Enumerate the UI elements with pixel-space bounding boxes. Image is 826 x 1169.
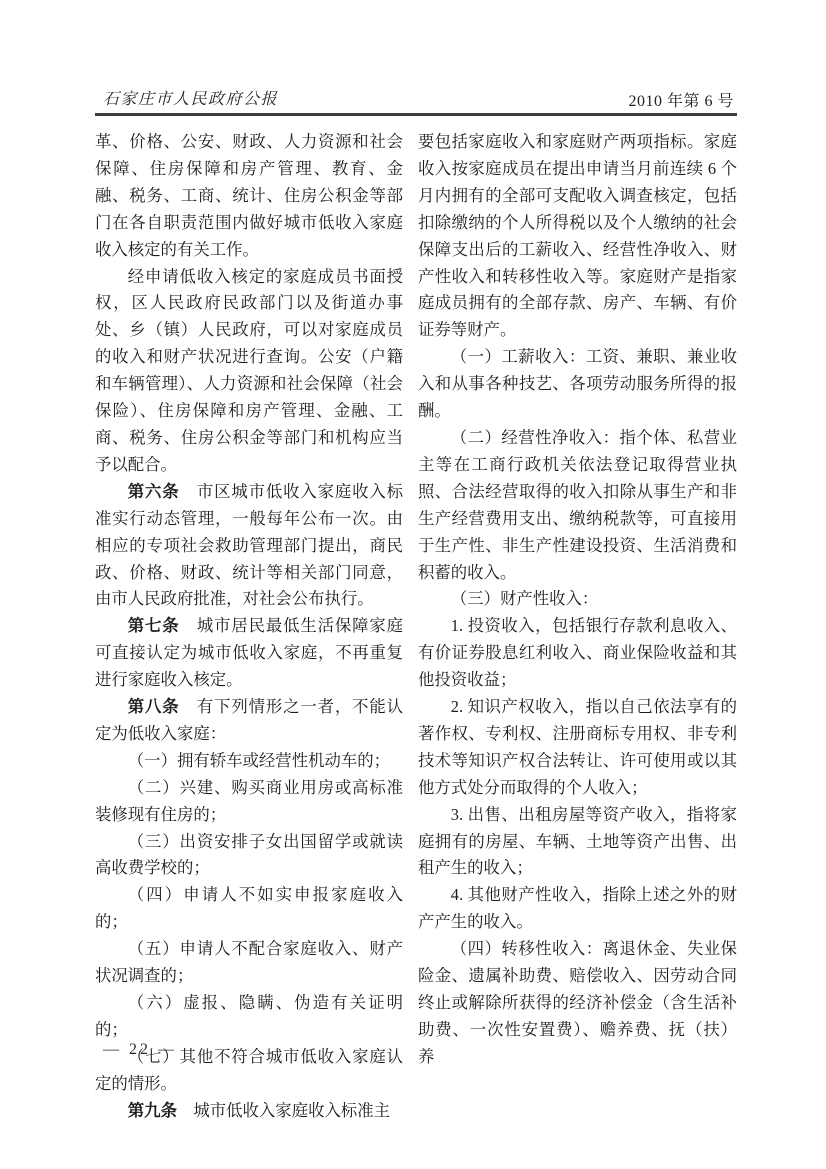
paragraph: （四）转移性收入：离退休金、失业保险金、遗属补助费、赔偿收入、因劳动合同终止或解… bbox=[418, 936, 737, 1071]
article-number: 第七条 bbox=[128, 617, 180, 635]
article-number: 第九条 bbox=[128, 1102, 177, 1120]
paragraph: 第九条 城市低收入家庭收入标准主 bbox=[95, 1098, 403, 1125]
page-number: — 22 — bbox=[103, 1041, 177, 1059]
issue-number: 2010 年第 6 号 bbox=[628, 88, 734, 111]
paragraph: （一）工薪收入：工资、兼职、兼业收入和从事各种技艺、各项劳动服务所得的报酬。 bbox=[418, 344, 737, 425]
paragraph: （四）申请人不如实申报家庭收入的； bbox=[95, 882, 403, 936]
header-divider bbox=[95, 113, 737, 116]
paragraph: 革、价格、公安、财政、人力资源和社会保障、住房保障和房产管理、教育、金融、税务、… bbox=[95, 129, 403, 264]
paragraph: 3. 出售、出租房屋等资产收入，指将家庭拥有的房屋、车辆、土地等资产出售、出租产… bbox=[418, 802, 737, 883]
paragraph: 4. 其他财产性收入，指除上述之外的财产产生的收入。 bbox=[418, 882, 737, 936]
paragraph: （三）出资安排子女出国留学或就读高收费学校的； bbox=[95, 829, 403, 883]
paragraph: （一）拥有轿车或经营性机动车的； bbox=[95, 748, 403, 775]
paragraph: （二）经营性净收入：指个体、私营业主等在工商行政机关依法登记取得营业执照、合法经… bbox=[418, 425, 737, 586]
paragraph: 要包括家庭收入和家庭财产两项指标。家庭收入按家庭成员在提出申请当月前连续 6 个… bbox=[418, 129, 737, 344]
paragraph: 2. 知识产权收入，指以自己依法享有的著作权、专利权、注册商标专用权、非专利技术… bbox=[418, 694, 737, 802]
paragraph: 第六条 市区城市低收入家庭收入标准实行动态管理，一般每年公布一次。由相应的专项社… bbox=[95, 479, 403, 614]
paragraph: （六）虚报、隐瞒、伪造有关证明的； bbox=[95, 990, 403, 1044]
article-number: 第八条 bbox=[128, 698, 180, 716]
paragraph: 经申请低收入核定的家庭成员书面授权，区人民政府民政部门以及街道办事处、乡（镇）人… bbox=[95, 264, 403, 479]
paragraph: 第八条 有下列情形之一者，不能认定为低收入家庭： bbox=[95, 694, 403, 748]
gazette-title: 石家庄市人民政府公报 bbox=[103, 86, 278, 109]
paragraph: 第七条 城市居民最低生活保障家庭可直接认定为城市低收入家庭，不再重复进行家庭收入… bbox=[95, 613, 403, 694]
paragraph: （二）兴建、购买商业用房或高标准装修现有住房的； bbox=[95, 775, 403, 829]
paragraph: （五）申请人不配合家庭收入、财产状况调查的； bbox=[95, 936, 403, 990]
column-right: 要包括家庭收入和家庭财产两项指标。家庭收入按家庭成员在提出申请当月前连续 6 个… bbox=[418, 129, 737, 1125]
paragraph: 1. 投资收入，包括银行存款利息收入、有价证券股息红利收入、商业保险收益和其他投… bbox=[418, 613, 737, 694]
gazette-page: 石家庄市人民政府公报 2010 年第 6 号 革、价格、公安、财政、人力资源和社… bbox=[0, 0, 826, 1169]
article-number: 第六条 bbox=[128, 483, 180, 501]
column-left: 革、价格、公安、财政、人力资源和社会保障、住房保障和房产管理、教育、金融、税务、… bbox=[95, 129, 403, 1125]
paragraph: （三）财产性收入： bbox=[418, 586, 737, 613]
text-columns: 革、价格、公安、财政、人力资源和社会保障、住房保障和房产管理、教育、金融、税务、… bbox=[95, 129, 737, 1125]
